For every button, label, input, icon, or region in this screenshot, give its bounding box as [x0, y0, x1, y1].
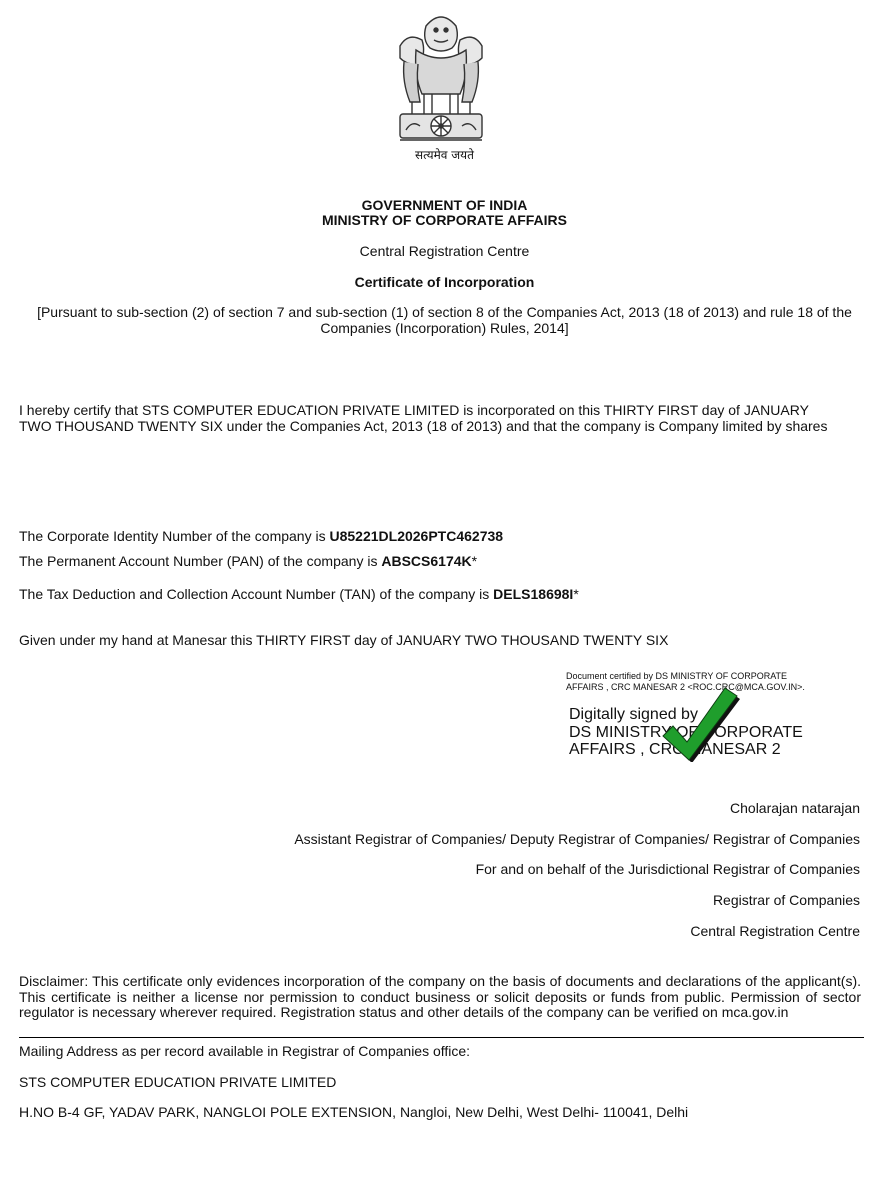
header-ministry: MINISTRY OF CORPORATE AFFAIRS: [0, 213, 889, 228]
divider: [19, 1037, 864, 1038]
ashoka-lion-capital-icon: [386, 6, 496, 166]
signature-valid-checkmark-icon: [655, 682, 740, 762]
header-government: GOVERNMENT OF INDIA: [0, 198, 889, 213]
signatory-centre: Central Registration Centre: [690, 923, 860, 939]
tan-value: DELS18698I: [493, 586, 573, 602]
national-emblem: [386, 6, 496, 166]
tan-label: The Tax Deduction and Collection Account…: [19, 586, 489, 602]
pan-label: The Permanent Account Number (PAN) of th…: [19, 553, 377, 569]
tan-line: The Tax Deduction and Collection Account…: [19, 586, 579, 602]
cin-label: The Corporate Identity Number of the com…: [19, 528, 326, 544]
cin-value: U85221DL2026PTC462738: [329, 528, 503, 544]
disclaimer-text: Disclaimer: This certificate only eviden…: [19, 974, 861, 1021]
tan-asterisk: *: [573, 586, 578, 602]
mailing-address: H.NO B-4 GF, YADAV PARK, NANGLOI POLE EX…: [19, 1104, 688, 1120]
given-under-text: Given under my hand at Manesar this THIR…: [19, 632, 668, 648]
header-office: Central Registration Centre: [0, 244, 889, 259]
certified-line-1: Document certified by DS MINISTRY OF COR…: [566, 671, 846, 682]
signatory-designation: Assistant Registrar of Companies/ Deputy…: [294, 831, 860, 847]
signatory-on-behalf: For and on behalf of the Jurisdictional …: [476, 861, 860, 877]
pan-asterisk: *: [472, 553, 477, 569]
signatory-name: Cholarajan natarajan: [730, 800, 860, 816]
certificate-title: Certificate of Incorporation: [0, 275, 889, 290]
signatory-role: Registrar of Companies: [713, 892, 860, 908]
pan-line: The Permanent Account Number (PAN) of th…: [19, 553, 477, 569]
pan-value: ABSCS6174K: [381, 553, 471, 569]
cin-line: The Corporate Identity Number of the com…: [19, 528, 503, 544]
mailing-heading: Mailing Address as per record available …: [19, 1043, 470, 1059]
mailing-company: STS COMPUTER EDUCATION PRIVATE LIMITED: [19, 1074, 336, 1090]
emblem-motto: सत्यमेव जयते: [0, 146, 889, 163]
certification-text: I hereby certify that STS COMPUTER EDUCA…: [19, 403, 839, 434]
pursuant-clause: [Pursuant to sub-section (2) of section …: [20, 305, 869, 336]
